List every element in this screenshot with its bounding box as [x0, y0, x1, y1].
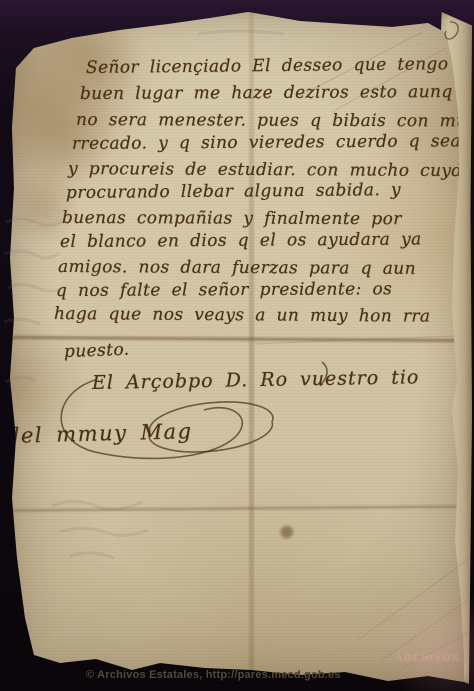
archive-watermark: ARCHIVOS [395, 653, 460, 664]
signature-line-1: El Arçobpo D. Ro vuestro tio [92, 366, 420, 394]
manuscript-line: amigos. nos dara fuerzas para q aun [58, 257, 416, 279]
manuscript-line: no sera menester. pues q bibais con mu [76, 110, 468, 131]
fold-crease-vertical [249, 0, 254, 691]
manuscript-line: puesto. [64, 340, 130, 362]
manuscript-page: Señor licençiado El desseo que tengo de … [0, 0, 474, 691]
manuscript-line: Señor licençiado El desseo que tengo de … [86, 53, 474, 78]
copyright-watermark: © Archivos Estatales, http://pares.mecd.… [86, 669, 341, 681]
manuscript-line: buenas compañias y finalmente por [62, 208, 402, 229]
manuscript-line: rrecado. y q sino vieredes cuerdo q seai… [72, 131, 474, 154]
manuscript-line: y procureis de estudiar. con mucho cuyda… [68, 159, 474, 181]
archive-watermark-tint [390, 591, 474, 691]
manuscript-line: procurando llebar alguna sabida. y [66, 180, 401, 203]
fold-crease-horizontal-lower [0, 504, 474, 513]
manuscript-photo: Señor licençiado El desseo que tengo de … [0, 0, 474, 691]
manuscript-line: el blanco en dios q el os ayudara ya [60, 229, 422, 252]
manuscript-line: haga que nos veays a un muy hon rra [54, 304, 431, 327]
manuscript-line: buen lugar me haze deziros esto aunq se … [80, 82, 474, 104]
signature-line-2: del mmuy Mag [6, 419, 193, 448]
manuscript-line: q nos falte el señor presidente: os [56, 279, 392, 301]
